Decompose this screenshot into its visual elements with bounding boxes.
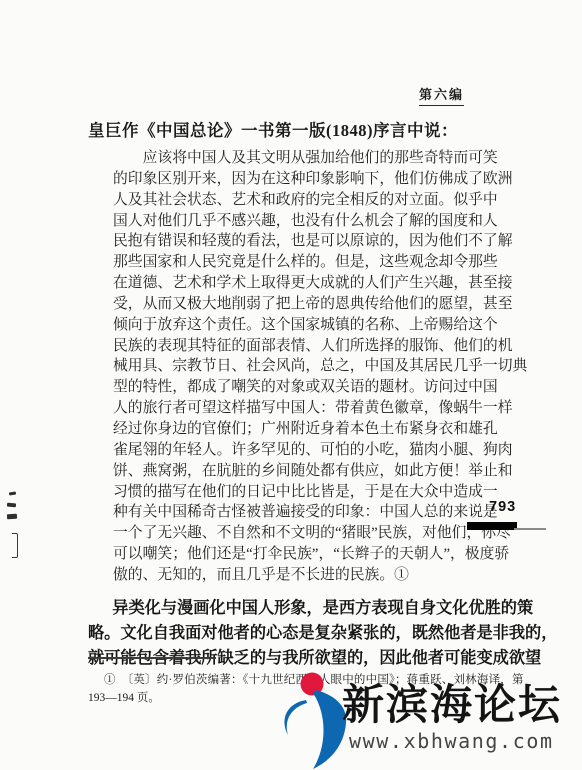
watermark-site-url: www.xbhwang.com [349,729,554,753]
quote-line: 民族的表现其特征的面部表情、人们所选择的服饰、他们的机 [113,336,472,357]
watermark-site-name: 新滨海论坛 [342,682,562,728]
quote-line: 人的旅行者可望这样描写中国人：带着黄色徽章，像蜗牛一样 [113,398,472,419]
page-number: 793 [489,499,516,515]
body-paragraph: 异类化与漫画化中国人形象，是西方表现自身文化优胜的策 略。文化自我面对他者的心态… [88,596,497,671]
body-line: 略。文化自我面对他者的心态是复杂紧张的，既然他者是非我的， [88,621,497,646]
scan-artifact [7,514,17,520]
quote-line: 那些国家和人民究竟是什么样的。但是，这些观念却令那些 [113,252,472,273]
quote-line: 应该将中国人及其文明从强加给他们的那些奇特而可笑 [113,148,472,169]
quote-line: 械用具、宗教节日、社会风尚，总之，中国及其居民几乎一切典 [113,356,472,377]
quote-line: 民抱有错误和轻蔑的看法，也是可以原谅的，因为他们不了解 [113,231,472,252]
quote-line: 在道德、艺术和学术上取得更大成就的人们产生兴趣，甚至接 [113,273,472,294]
quote-line: 傲的、无知的，而且几乎是不长进的民族。① [113,565,472,586]
page-tab-bar [467,522,517,530]
block-quote: 应该将中国人及其文明从强加给他们的那些奇特而可笑 的印象区别开来，因为在这种印象… [113,148,472,586]
quote-line: 雀尾翎的年轻人。许多罕见的、可怕的小吃，猫肉小腿、狗肉 [113,440,472,461]
intro-line: 皇巨作《中国总论》一书第一版(1848)序言中说： [88,117,508,141]
footnote-line: 193—194 页。 [88,689,160,705]
quote-line: 一个了无兴趣、不自然和不文明的“猪眼”民族，对他们，你尽 [113,523,472,544]
body-line: 异类化与漫画化中国人形象，是西方表现自身文化优胜的策 [88,596,497,621]
quote-line: 受，从而又极大地削弱了把上帝的恩典传给他们的愿望，甚至 [113,294,472,315]
quote-line: 倾向于放弃这个责任。这个国家城镇的名称、上帝赐给这个 [113,315,472,336]
quote-line: 国人对他们几乎不感兴趣，也没有什么机会了解的国度和人 [113,211,472,232]
scan-artifact [7,503,16,508]
quote-line: 可以嘲笑；他们还是“打伞民族”，“长辫子的天朝人”，极度骄 [113,544,472,565]
scan-artifact [12,533,18,558]
quote-line: 习惯的描写在他们的日记中比比皆是，于是在大众中造成一 [113,482,472,503]
quote-line: 饼、燕窝粥，在肮脏的乡间随处都有供应，如此方便！举止和 [113,461,472,482]
page-header-edition: 第六编 [419,84,464,106]
quote-line: 经过你身边的官僚们；广州附近身着本色土布紧身衣和雄孔 [113,419,472,440]
quote-line: 的印象区别开来，因为在这种印象影响下，他们仿佛成了欧洲 [113,169,472,190]
footnote-divider [88,657,216,659]
quote-line: 种有关中国稀奇古怪被普遍接受的印象：中国人总的来说是 [113,502,472,523]
quote-line: 人及其社会状态、艺术和政府的完全相反的对立面。似乎中 [113,190,472,211]
scan-artifact [9,492,16,496]
page-tab-line [514,528,546,530]
quote-line: 型的特性，都成了嘲笑的对象或双关语的题材。访问过中国 [113,377,472,398]
